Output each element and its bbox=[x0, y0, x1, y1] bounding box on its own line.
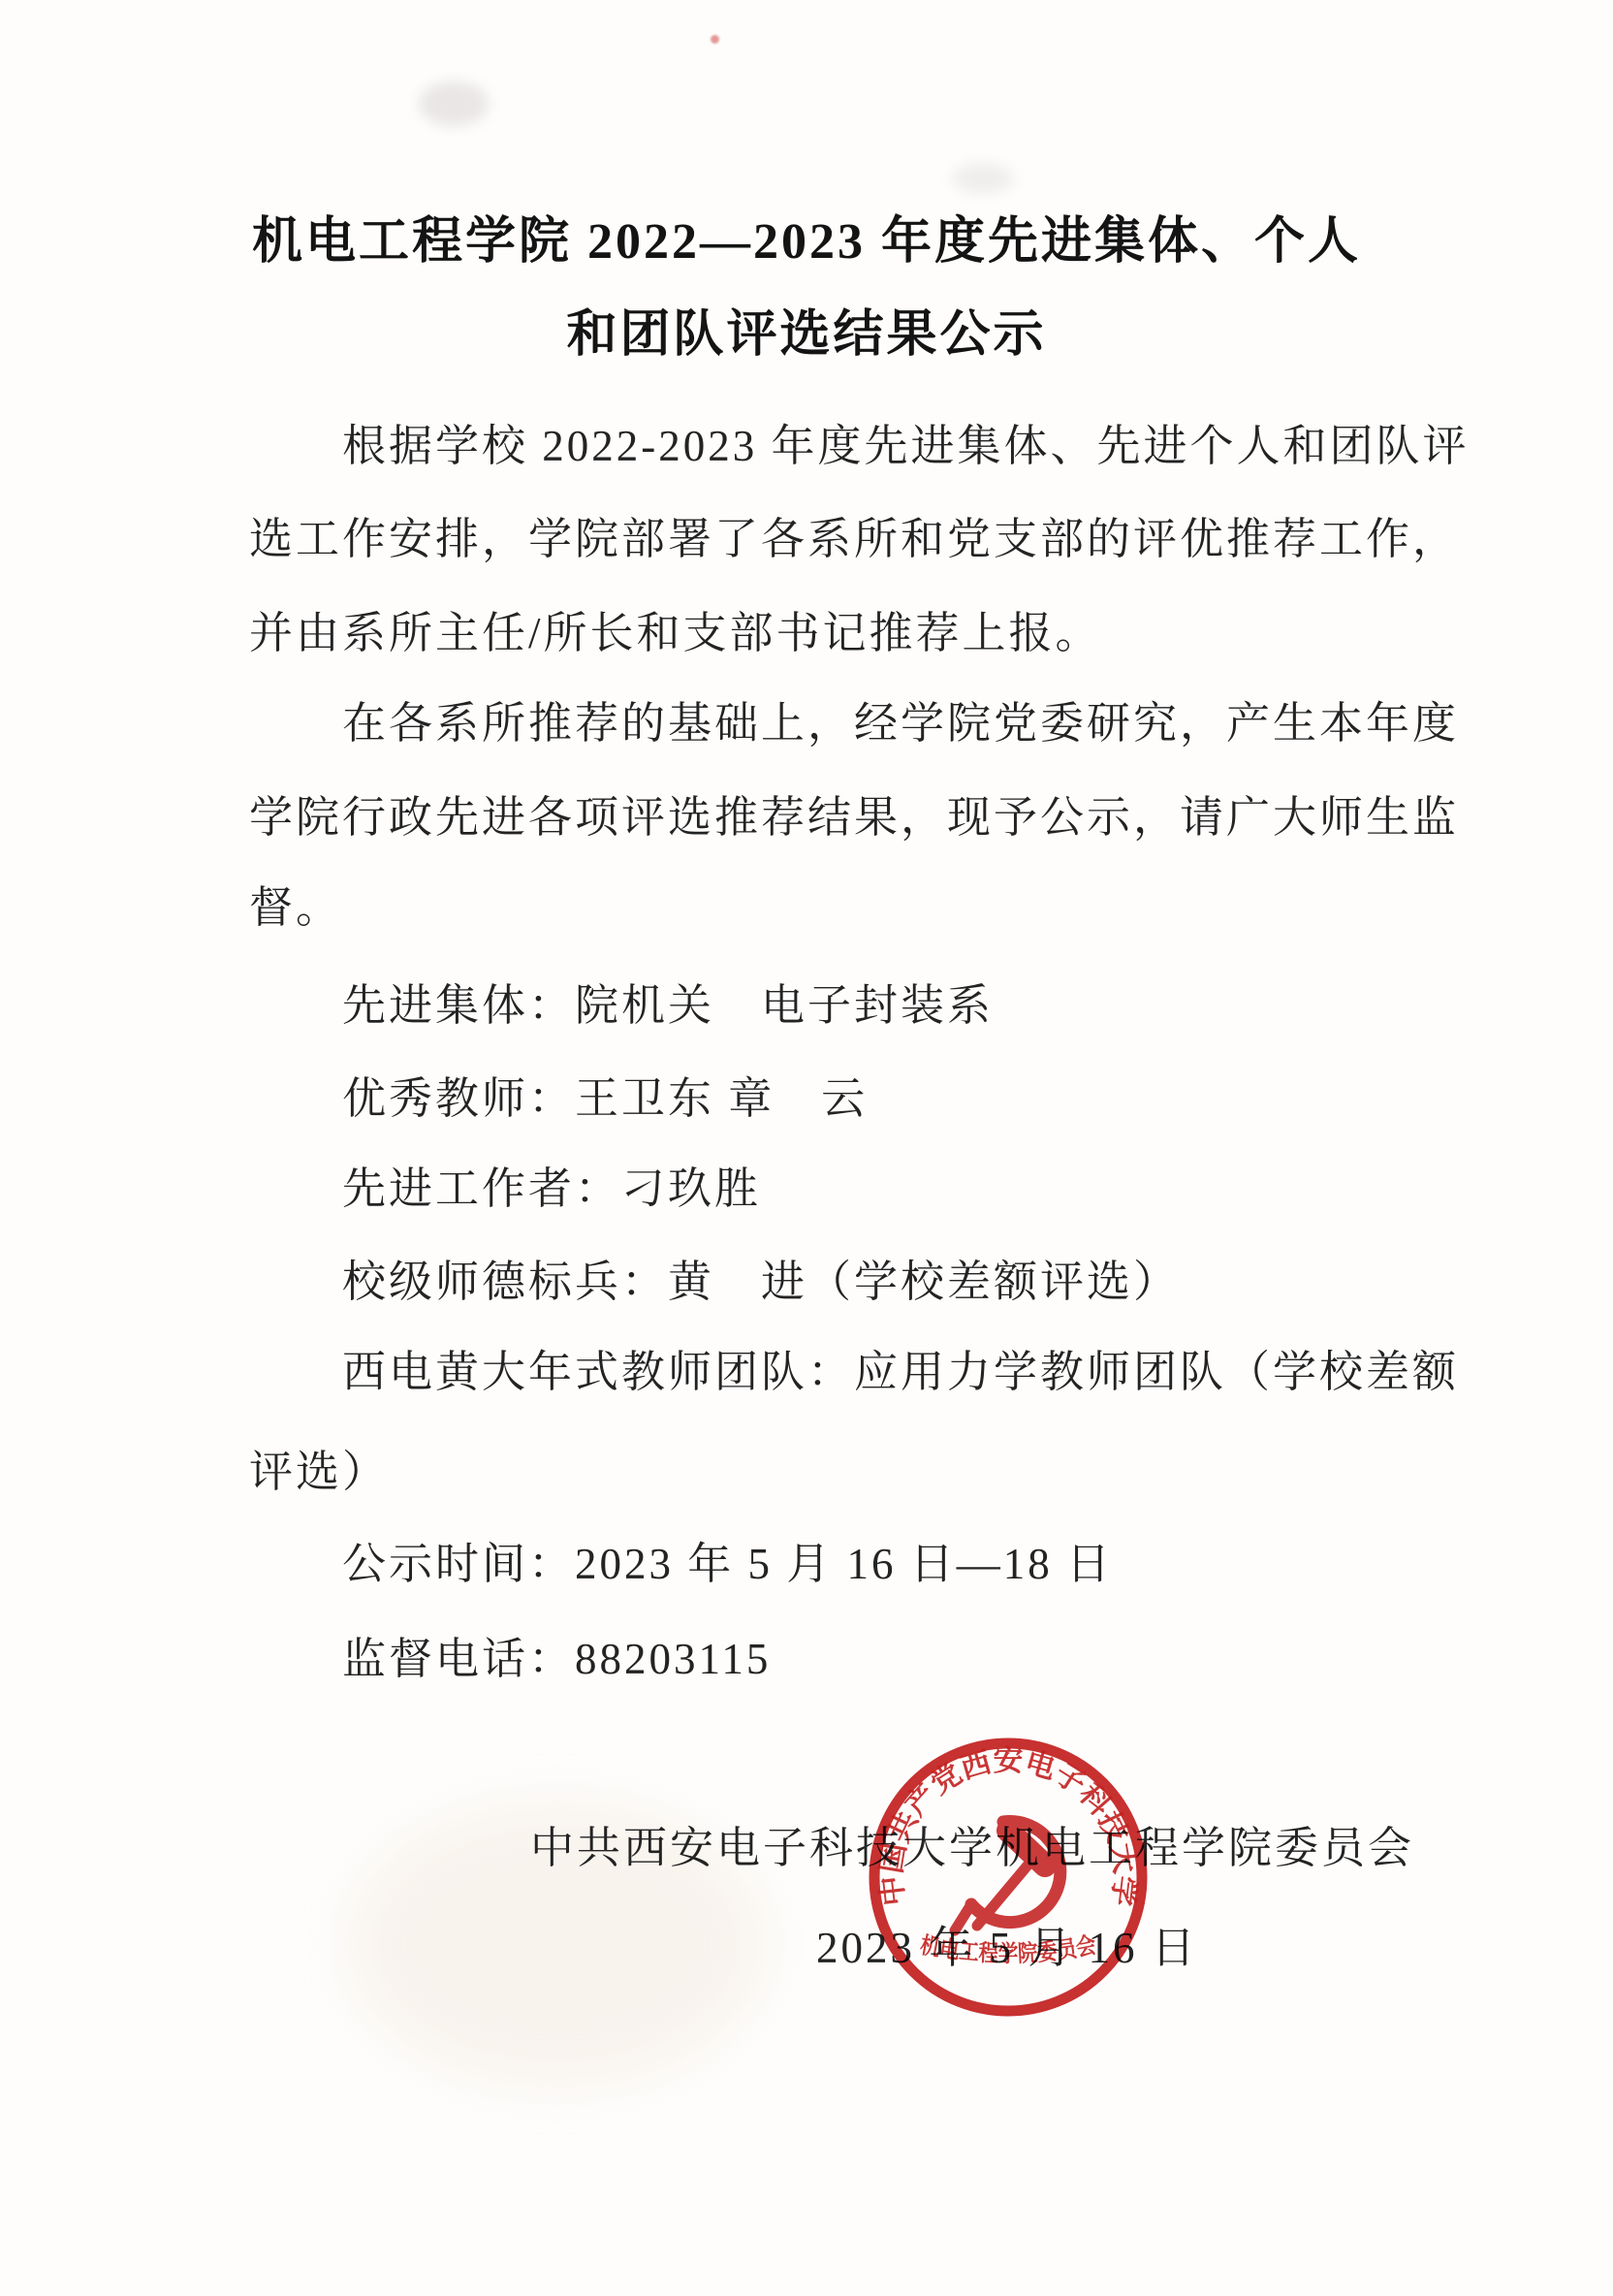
award-line-teacher-team-1: 西电黄大年式教师团队：应用力学教师团队（学校差额 bbox=[249, 1350, 1564, 1394]
paragraph2-line3: 督。 bbox=[249, 885, 1471, 930]
seal-bottom-text: 机电工程学院委员会 bbox=[918, 1931, 1098, 1967]
award-line-excellent-teacher: 优秀教师：王卫东 章 云 bbox=[249, 1076, 1564, 1121]
scan-smudge bbox=[952, 163, 1014, 194]
document-title-line1: 机电工程学院 2022—2023 年度先进集体、个人 bbox=[0, 217, 1613, 268]
paragraph1-line1: 根据学校 2022-2023 年度先进集体、先进个人和团队评 bbox=[249, 424, 1564, 468]
document-title-line2: 和团队评选结果公示 bbox=[0, 310, 1613, 361]
paragraph2-line2: 学院行政先进各项评选推荐结果，现予公示，请广大师生监 bbox=[249, 795, 1471, 840]
supervision-phone-line: 监督电话：88203115 bbox=[249, 1637, 1564, 1681]
seal-ring bbox=[874, 1743, 1142, 2011]
notice-period-line: 公示时间：2023 年 5 月 16 日—18 日 bbox=[249, 1542, 1564, 1586]
paragraph1-line2: 选工作安排，学院部署了各系所和党支部的评优推荐工作， bbox=[249, 517, 1471, 561]
official-seal-graphic: 中国共产党西安电子科技大学 机电工程学院委员会 bbox=[863, 1732, 1154, 2023]
document-page: 机电工程学院 2022—2023 年度先进集体、个人 和团队评选结果公示 根据学… bbox=[0, 0, 1613, 2296]
paragraph1-line3: 并由系所主任/所长和支部书记推荐上报。 bbox=[249, 611, 1471, 655]
official-seal: 中国共产党西安电子科技大学 机电工程学院委员会 bbox=[863, 1732, 1154, 2023]
scan-red-speck bbox=[711, 35, 719, 44]
award-line-advanced-collective: 先进集体：院机关 电子封装系 bbox=[249, 983, 1564, 1028]
award-line-advanced-worker: 先进工作者：刁玖胜 bbox=[249, 1166, 1564, 1211]
scan-smudge bbox=[419, 81, 489, 126]
paragraph2-line1: 在各系所推荐的基础上，经学院党委研究，产生本年度 bbox=[249, 701, 1564, 746]
svg-text:机电工程学院委员会: 机电工程学院委员会 bbox=[918, 1931, 1098, 1967]
award-line-ethics-model: 校级师德标兵：黄 进（学校差额评选） bbox=[249, 1260, 1564, 1304]
hammer-sickle-icon bbox=[955, 1822, 1060, 1930]
award-line-teacher-team-2: 评选） bbox=[249, 1450, 1471, 1494]
